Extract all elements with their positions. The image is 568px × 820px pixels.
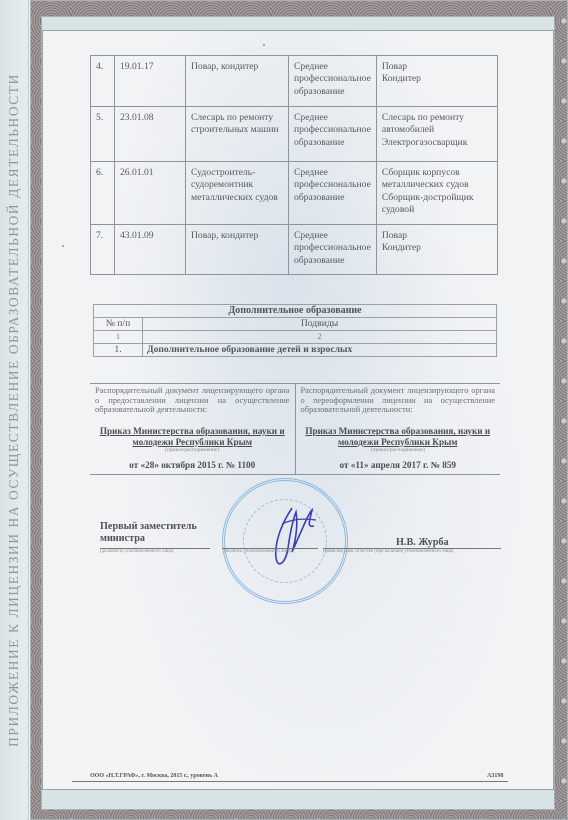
cell-qualification: Повар Кондитер	[376, 225, 497, 275]
cell-qualification: Слесарь по ремонту автомобилей Электрога…	[376, 107, 497, 162]
cell-level: Среднее профессиональное образование	[289, 225, 377, 275]
order-date: от «11» апреля 2017 г. № 859	[301, 461, 496, 471]
side-title: Приложение к лицензии на осуществление о…	[6, 73, 22, 747]
cell-name: Судостроитель-судоремонтник металлически…	[186, 162, 289, 225]
cell-level: Среднее профессиональное образование	[289, 162, 377, 225]
col-index-1: 1	[94, 331, 143, 344]
caption-position: (должность уполномоченного лица)	[100, 549, 173, 554]
table-row: 6.26.01.01Судостроитель-судоремонтник ме…	[91, 162, 498, 225]
cell-code: 26.01.01	[115, 162, 186, 225]
cell-name: Слесарь по ремонту строительных машин	[186, 107, 289, 162]
cell-code: 19.01.17	[115, 56, 186, 107]
row-num: 1.	[94, 344, 143, 357]
cell-qualification: Повар Кондитер	[376, 56, 497, 107]
cell-name: Повар, кондитер	[186, 225, 289, 275]
orders-block: Распорядительный документ лицензирующего…	[90, 383, 500, 475]
cell-num: 5.	[91, 107, 115, 162]
signatory-position: Первый заместитель министра	[100, 521, 197, 545]
programs-table: 4.19.01.17Повар, кондитерСреднее професс…	[90, 55, 498, 275]
order-description: Распорядительный документ лицензирующего…	[95, 386, 290, 424]
signatory-name: Н.В. Журба	[396, 537, 449, 548]
row-subtype: Дополнительное образование детей и взрос…	[143, 344, 497, 357]
order-description: Распорядительный документ лицензирующего…	[301, 386, 496, 424]
cell-num: 6.	[91, 162, 115, 225]
cell-qualification: Сборщик корпусов металлических судов Сбо…	[376, 162, 497, 225]
table-row: 1. Дополнительное образование детей и вз…	[94, 344, 497, 357]
order-title: Приказ Министерства образования, науки и…	[95, 426, 290, 447]
col-num-header: № п/п	[94, 318, 143, 331]
order-reissue: Распорядительный документ лицензирующего…	[295, 384, 501, 474]
cell-code: 23.01.08	[115, 107, 186, 162]
printer-info: ООО «Н.Т.ГРАФ», г. Москва, 2015 г., уров…	[90, 773, 218, 779]
cell-code: 43.01.09	[115, 225, 186, 275]
table-row: 7.43.01.09Повар, кондитерСреднее професс…	[91, 225, 498, 275]
form-serial: А3198	[487, 773, 503, 779]
order-title: Приказ Министерства образования, науки и…	[301, 426, 496, 447]
caption-name: (фамилия, имя, отчество (при наличии) уп…	[323, 549, 453, 554]
table-row: 4.19.01.17Повар, кондитерСреднее професс…	[91, 56, 498, 107]
col-index-2: 2	[143, 331, 497, 344]
table-row: 5.23.01.08Слесарь по ремонту строительны…	[91, 107, 498, 162]
order-hint: (приказ/распоряжение)	[301, 447, 496, 453]
order-hint: (приказ/распоряжение)	[95, 447, 290, 453]
order-issue: Распорядительный документ лицензирующего…	[90, 384, 295, 474]
cell-level: Среднее профессиональное образование	[289, 107, 377, 162]
additional-education-table: Дополнительное образование № п/п Подвиды…	[93, 304, 497, 357]
handwritten-signature	[262, 500, 322, 580]
cell-name: Повар, кондитер	[186, 56, 289, 107]
decor-dot	[62, 245, 64, 247]
decor-dot	[263, 44, 265, 46]
cell-level: Среднее профессиональное образование	[289, 56, 377, 107]
footer-rule	[72, 781, 508, 782]
additional-education-title: Дополнительное образование	[94, 305, 497, 318]
cell-num: 4.	[91, 56, 115, 107]
caption-signature: (подпись уполномоченного лица)	[224, 549, 292, 554]
side-strip: Приложение к лицензии на осуществление о…	[0, 0, 29, 820]
col-subtypes-header: Подвиды	[143, 318, 497, 331]
order-date: от «28» октября 2015 г. № 1100	[95, 461, 290, 471]
cell-num: 7.	[91, 225, 115, 275]
